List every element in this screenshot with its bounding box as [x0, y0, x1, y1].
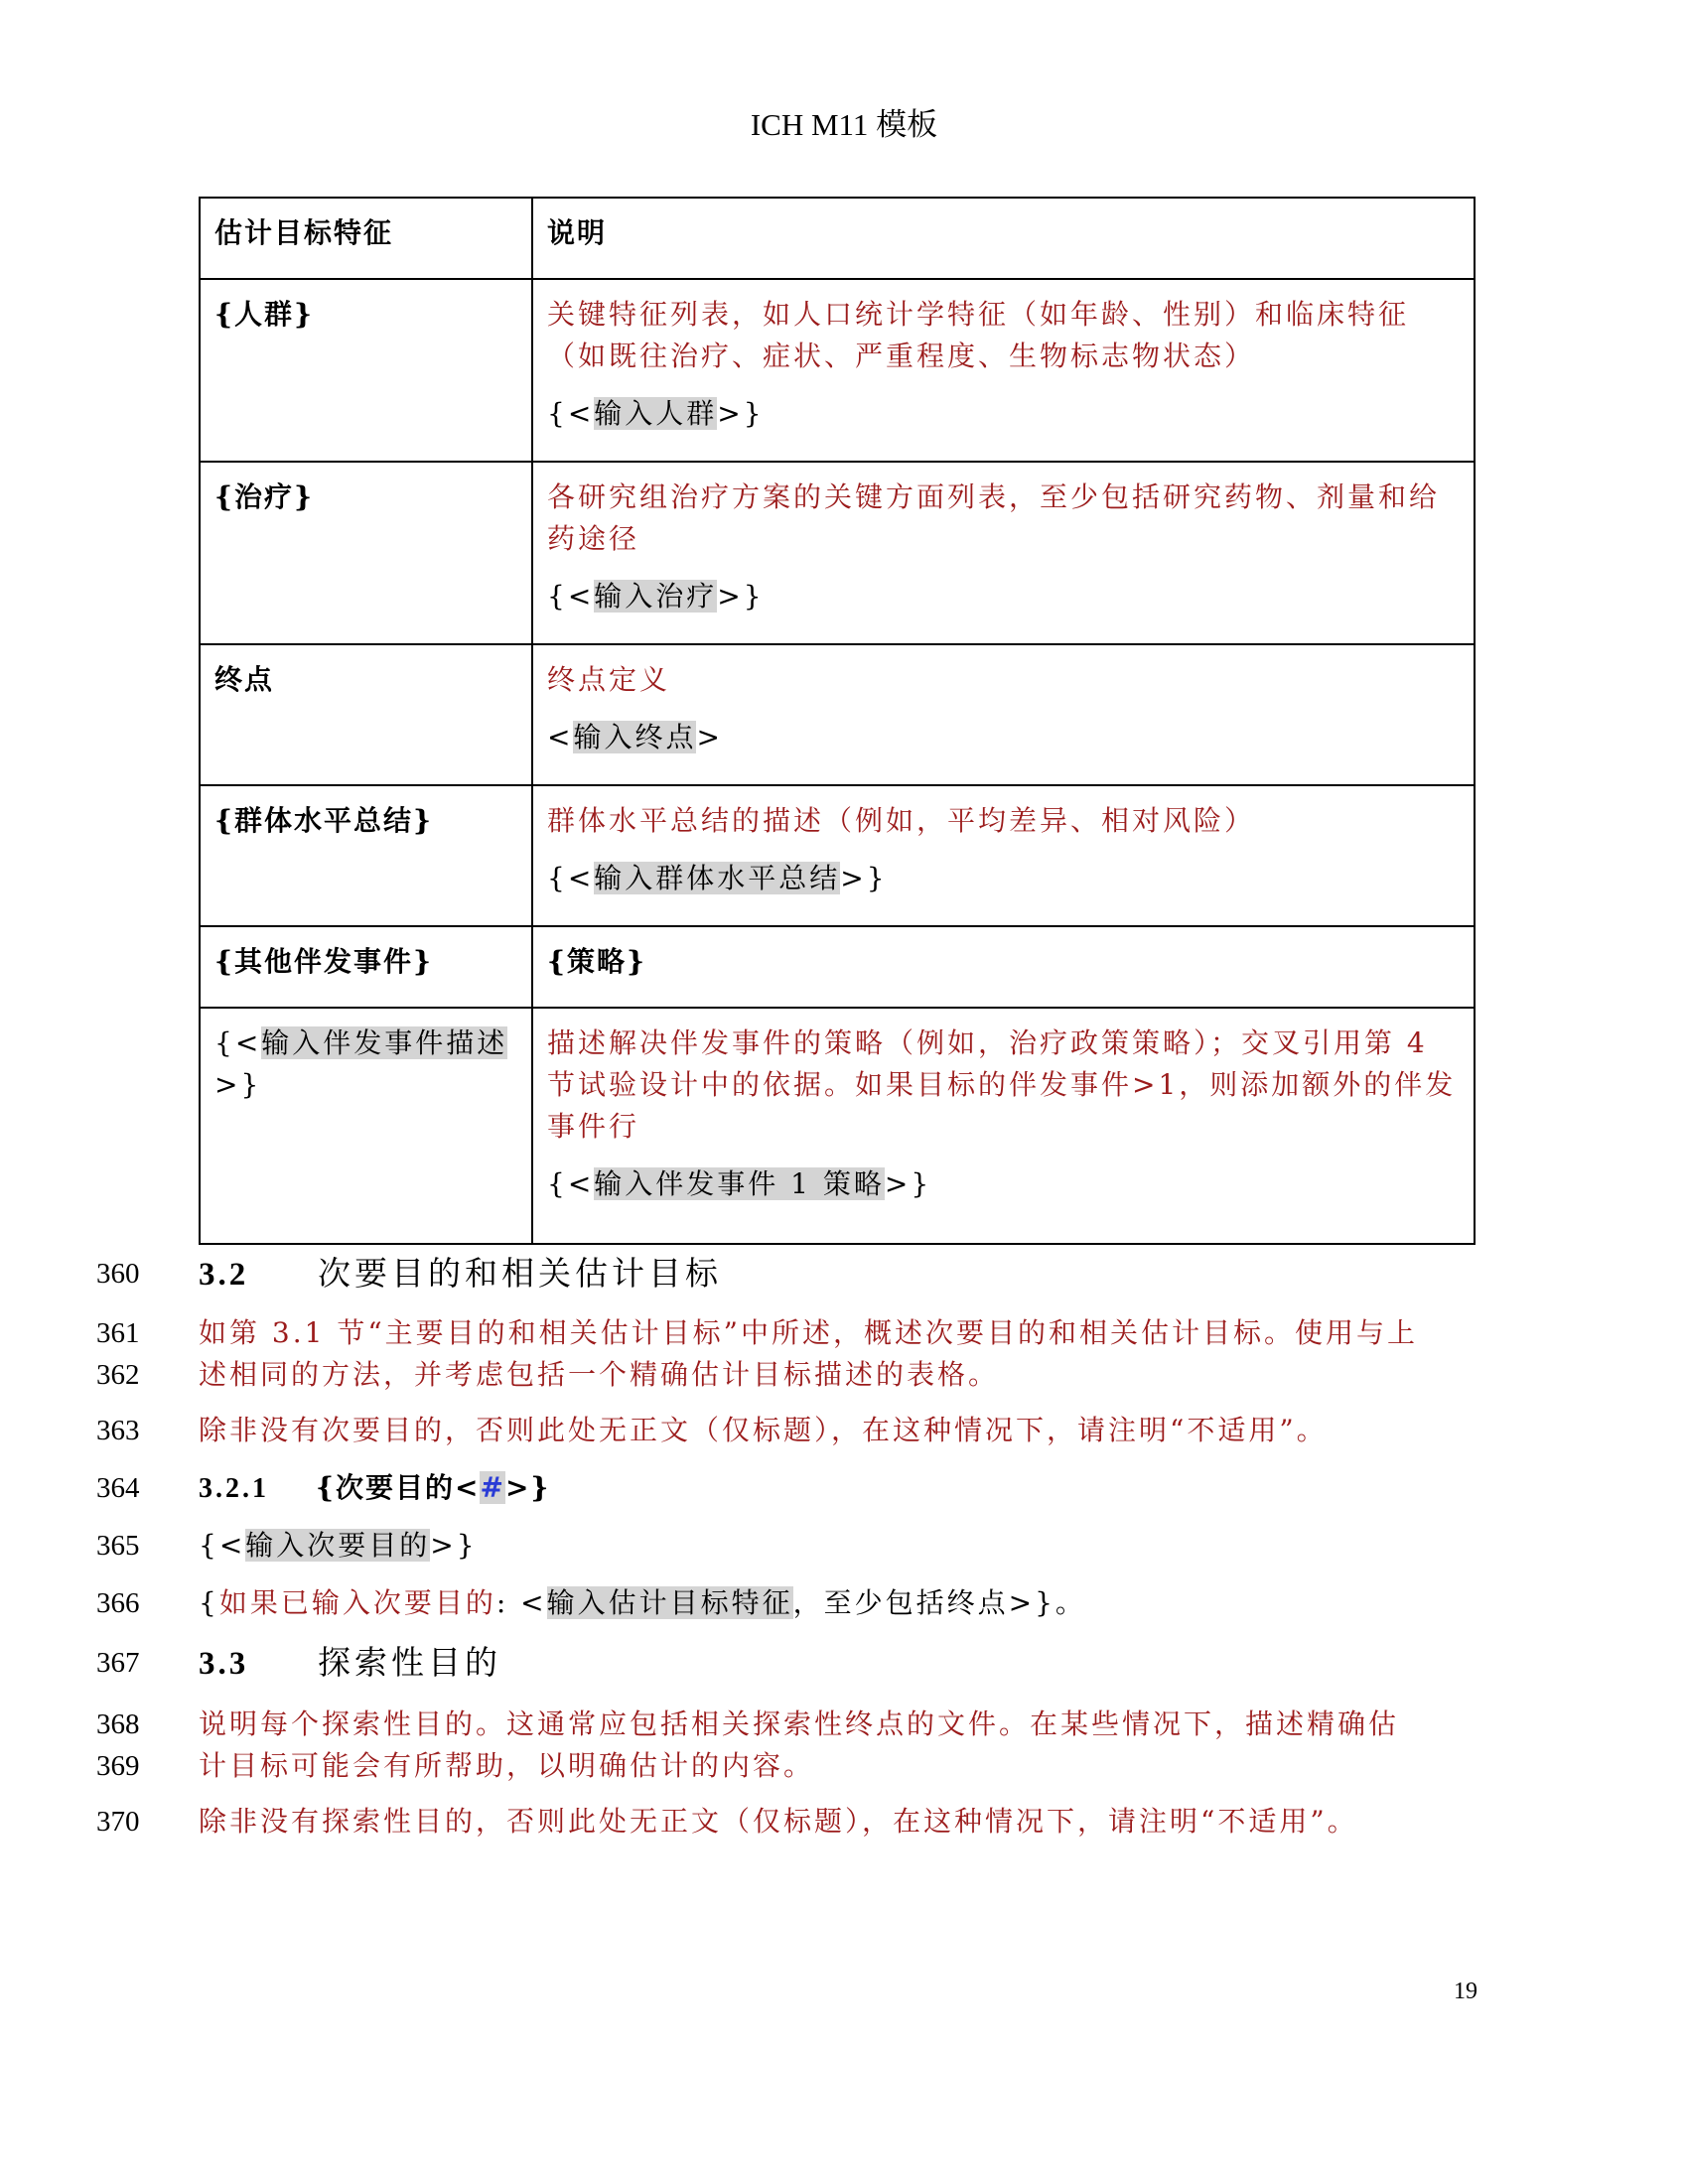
table-row-treatment: {治疗} 各研究组治疗方案的关键方面列表，至少包括研究药物、剂量和给药途径 {<… — [200, 462, 1475, 644]
placeholder-highlight[interactable]: 输入伴发事件描述 — [261, 1026, 507, 1059]
section-title: {次要目的<#>} — [316, 1467, 550, 1509]
page-header-title: ICH M11 模板 — [0, 99, 1688, 144]
instruction-text: 说明每个探索性目的。这通常应包括相关探索性终点的文件。在某些情况下，描述精确估 — [199, 1704, 1399, 1745]
placeholder-highlight[interactable]: 输入伴发事件 1 策略 — [594, 1167, 885, 1200]
column-header-attribute: 估计目标特征 — [200, 198, 532, 279]
line-number: 367 — [96, 1642, 156, 1684]
table-row-intercurrent-header: {其他伴发事件} {策略} — [200, 926, 1475, 1008]
instruction-text: 述相同的方法，并考虑包括一个精确估计目标描述的表格。 — [199, 1354, 999, 1396]
instruction-text: 终点定义 — [547, 659, 1458, 701]
line-number: 360 — [96, 1253, 156, 1295]
placeholder-highlight[interactable]: 输入终点 — [573, 721, 696, 753]
instruction-text: 如果已输入次要目的 — [219, 1586, 496, 1619]
instruction-text: 各研究组治疗方案的关键方面列表，至少包括研究药物、剂量和给药途径 — [547, 477, 1458, 560]
line-number: 369 — [96, 1745, 156, 1787]
placeholder-highlight[interactable]: 输入估计目标特征 — [547, 1586, 793, 1619]
line-number: 366 — [96, 1582, 156, 1624]
placeholder-field[interactable]: {<输入人群>} — [547, 393, 1458, 435]
placeholder-field[interactable]: {<输入伴发事件描述>} — [214, 1023, 515, 1106]
instruction-text: 群体水平总结的描述（例如，平均差异、相对风险） — [547, 800, 1458, 842]
placeholder-highlight[interactable]: 输入次要目的 — [245, 1529, 430, 1562]
description-cell: 描述解决伴发事件的策略（例如，治疗政策策略）；交叉引用第 4 节试验设计中的依据… — [532, 1008, 1475, 1244]
line-number: 361 — [96, 1312, 156, 1354]
estimand-attributes-table: 估计目标特征 说明 {人群} 关键特征列表，如人口统计学特征（如年龄、性别）和临… — [199, 197, 1476, 1245]
placeholder-field[interactable]: {<输入次要目的>} — [199, 1525, 478, 1567]
column-header-description: 说明 — [532, 198, 1475, 279]
attribute-cell: {其他伴发事件} — [200, 926, 532, 1008]
placeholder-field[interactable]: {<输入群体水平总结>} — [547, 858, 1458, 899]
section-title: 探索性目的 — [318, 1642, 501, 1684]
instruction-text: 除非没有次要目的，否则此处无正文（仅标题），在这种情况下，请注明“不适用”。 — [199, 1410, 1328, 1451]
conditional-placeholder[interactable]: {如果已输入次要目的: <输入估计目标特征，至少包括终点>}。 — [199, 1582, 1086, 1624]
placeholder-highlight[interactable]: 输入人群 — [594, 397, 717, 430]
line-number: 370 — [96, 1801, 156, 1843]
attribute-cell: {人群} — [200, 279, 532, 462]
description-cell: 终点定义 <输入终点> — [532, 644, 1475, 785]
table-row-population: {人群} 关键特征列表，如人口统计学特征（如年龄、性别）和临床特征（如既往治疗、… — [200, 279, 1475, 462]
instruction-text: 计目标可能会有所帮助，以明确估计的内容。 — [199, 1745, 814, 1787]
placeholder-field[interactable]: {<输入治疗>} — [547, 576, 1458, 617]
instruction-text: 除非没有探索性目的，否则此处无正文（仅标题），在这种情况下，请注明“不适用”。 — [199, 1801, 1358, 1843]
table-header-row: 估计目标特征 说明 — [200, 198, 1475, 279]
line-number: 368 — [96, 1704, 156, 1745]
attribute-cell: {群体水平总结} — [200, 785, 532, 926]
description-cell: 关键特征列表，如人口统计学特征（如年龄、性别）和临床特征（如既往治疗、症状、严重… — [532, 279, 1475, 462]
instruction-text: 描述解决伴发事件的策略（例如，治疗政策策略）；交叉引用第 4 节试验设计中的依据… — [547, 1023, 1458, 1148]
line-number: 362 — [96, 1354, 156, 1396]
description-cell: 各研究组治疗方案的关键方面列表，至少包括研究药物、剂量和给药途径 {<输入治疗>… — [532, 462, 1475, 644]
line-number: 364 — [96, 1467, 156, 1509]
placeholder-field[interactable]: {<输入伴发事件 1 策略>} — [547, 1163, 1458, 1205]
attribute-cell: {<输入伴发事件描述>} — [200, 1008, 532, 1244]
field-code-number[interactable]: # — [480, 1471, 504, 1504]
placeholder-highlight[interactable]: 输入治疗 — [594, 580, 717, 613]
instruction-text: 如第 3.1 节“主要目的和相关估计目标”中所述，概述次要目的和相关估计目标。使… — [199, 1312, 1418, 1354]
strategy-header-cell: {策略} — [532, 926, 1475, 1008]
section-number: 3.2 — [199, 1257, 248, 1293]
placeholder-highlight[interactable]: 输入群体水平总结 — [594, 862, 840, 894]
placeholder-field[interactable]: <输入终点> — [547, 717, 1458, 758]
attribute-cell: 终点 — [200, 644, 532, 785]
section-number: 3.3 — [199, 1646, 248, 1682]
description-cell: 群体水平总结的描述（例如，平均差异、相对风险） {<输入群体水平总结>} — [532, 785, 1475, 926]
line-number: 365 — [96, 1525, 156, 1567]
section-number: 3.2.1 — [199, 1473, 269, 1504]
section-title: 次要目的和相关估计目标 — [318, 1253, 722, 1295]
instruction-text: 关键特征列表，如人口统计学特征（如年龄、性别）和临床特征（如既往治疗、症状、严重… — [547, 294, 1458, 377]
line-number: 363 — [96, 1410, 156, 1451]
table-row-population-summary: {群体水平总结} 群体水平总结的描述（例如，平均差异、相对风险） {<输入群体水… — [200, 785, 1475, 926]
table-row-intercurrent-event: {<输入伴发事件描述>} 描述解决伴发事件的策略（例如，治疗政策策略）；交叉引用… — [200, 1008, 1475, 1244]
attribute-cell: {治疗} — [200, 462, 532, 644]
table-row-endpoint: 终点 终点定义 <输入终点> — [200, 644, 1475, 785]
page-number: 19 — [1454, 1979, 1477, 2005]
